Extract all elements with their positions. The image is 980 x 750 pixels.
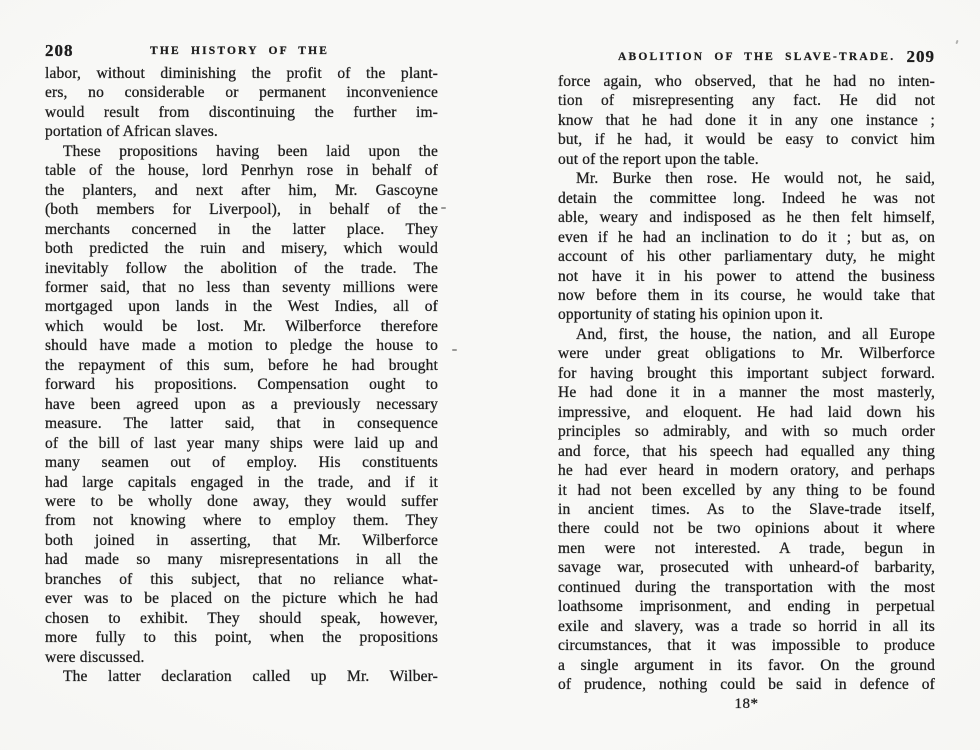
text-line: table of the house, lord Penrhyn rose in… [45,161,438,180]
text-line: now before them in its course, he would … [558,286,935,305]
text-line: measure. The latter said, that in conseq… [45,414,438,433]
text-line: were discussed. [45,648,438,667]
text-line: out of the report upon the table. [558,150,935,169]
text-line: but, if he had, it would be easy to conv… [558,130,935,149]
page-left: 208 THE HISTORY OF THE labor, without di… [45,0,438,750]
text-line: both joined in asserting, that Mr. Wilbe… [45,531,438,550]
text-line: in ancient times. As to the Slave-trade … [558,500,935,519]
text-line: many seamen out of employ. His constitue… [45,453,438,472]
text-line: account of his other parliamentary duty,… [558,247,935,266]
scan-speck [452,349,457,351]
text-line: it had not been excelled by any thing to… [558,481,935,500]
text-line: merchants concerned in the latter place.… [45,220,438,239]
text-line: from not knowing where to employ them. T… [45,511,438,530]
text-line: These propositions having been laid upon… [45,142,438,161]
text-line: The latter declaration called up Mr. Wil… [45,667,438,686]
text-line: the repayment of this sum, before he had… [45,356,438,375]
text-line: Mr. Burke then rose. He would not, he sa… [558,169,935,188]
text-line: had made so many misrepresentations in a… [45,550,438,569]
text-line: which would be lost. Mr. Wilberforce the… [45,317,438,336]
text-line: opportunity of stating his opinion upon … [558,305,935,324]
text-line: (both members for Liverpool), in behalf … [45,200,438,219]
page-right: ABOLITION OF THE SLAVE-TRADE. 209 force … [558,0,935,750]
text-line: forward his propositions. Compensation o… [45,375,438,394]
text-line: former said, that no less than seventy m… [45,278,438,297]
text-line: of the bill of last year many ships were… [45,434,438,453]
right-page-number: 209 [907,47,936,67]
paragraph: And, first, the house, the nation, and a… [558,325,935,695]
text-line: exile and slavery, was a trade so horrid… [558,617,935,636]
text-line: not have it in his power to attend the b… [558,267,935,286]
text-line: have been agreed upon as a previously ne… [45,395,438,414]
text-line: principles so admirably, and with so muc… [558,422,935,441]
text-line: He had done it in a manner the most mast… [558,383,935,402]
text-line: mortgaged upon lands in the West Indies,… [45,297,438,316]
text-line: ever was to be placed on the picture whi… [45,589,438,608]
text-line: of prudence, nothing could be said in de… [558,675,935,694]
text-line: impressive, and eloquent. He had laid do… [558,403,935,422]
left-page-body: labor, without diminishing the profit of… [45,64,438,687]
left-page-number: 208 [45,41,74,61]
text-line: should have made a motion to pledge the … [45,336,438,355]
paragraph: labor, without diminishing the profit of… [45,64,438,142]
text-line: chosen to exhibit. They should speak, ho… [45,609,438,628]
text-line: were to be wholly done away, they would … [45,492,438,511]
text-line: even if he had an inclination to do it ;… [558,228,935,247]
book-scan: 208 THE HISTORY OF THE labor, without di… [0,0,980,750]
text-line: men were not interested. A trade, begun … [558,539,935,558]
text-line: And, first, the house, the nation, and a… [558,325,935,344]
paragraph: force again, who observed, that he had n… [558,72,935,169]
text-line: savage war, prosecuted with unheard-of b… [558,558,935,577]
text-line: for having brought this important subjec… [558,364,935,383]
right-page-body: force again, who observed, that he had n… [558,72,935,695]
scan-speck [955,40,958,44]
text-line: and force, that his speech had equalled … [558,442,935,461]
scan-speck [441,207,446,209]
text-line: circumstances, that it was impossible to… [558,636,935,655]
paragraph: These propositions having been laid upon… [45,142,438,667]
text-line: inevitably follow the abolition of the t… [45,259,438,278]
text-line: labor, without diminishing the profit of… [45,64,438,83]
text-line: know that he had done it in any one inst… [558,111,935,130]
paragraph: Mr. Burke then rose. He would not, he sa… [558,169,935,325]
signature-mark: 18* [558,696,935,713]
right-running-title: ABOLITION OF THE SLAVE-TRADE. [618,51,895,63]
text-line: there could not be two opinions about it… [558,519,935,538]
text-line: both predicted the ruin and misery, whic… [45,239,438,258]
text-line: detain the committee long. Indeed he was… [558,189,935,208]
text-line: ers, no considerable or permanent inconv… [45,83,438,102]
text-line: force again, who observed, that he had n… [558,72,935,91]
text-line: he had ever heard in modern oratory, and… [558,461,935,480]
text-line: able, weary and indisposed as he then fe… [558,208,935,227]
text-line: portation of African slaves. [45,122,438,141]
left-running-title: THE HISTORY OF THE [150,45,329,57]
text-line: branches of this subject, that no relian… [45,570,438,589]
text-line: were under great obligations to Mr. Wilb… [558,344,935,363]
text-line: had large capitals engaged in the trade,… [45,473,438,492]
text-line: loathsome imprisonment, and ending in pe… [558,597,935,616]
text-line: a single argument in its favor. On the g… [558,656,935,675]
text-line: the planters, and next after him, Mr. Ga… [45,181,438,200]
text-line: tion of misrepresenting any fact. He did… [558,91,935,110]
text-line: would result from discontinuing the furt… [45,103,438,122]
left-page-header: 208 THE HISTORY OF THE [45,41,438,65]
text-line: more fully to this point, when the propo… [45,628,438,647]
text-line: continued during the transportation with… [558,578,935,597]
right-page-header: ABOLITION OF THE SLAVE-TRADE. 209 [558,47,935,71]
paragraph: The latter declaration called up Mr. Wil… [45,667,438,686]
